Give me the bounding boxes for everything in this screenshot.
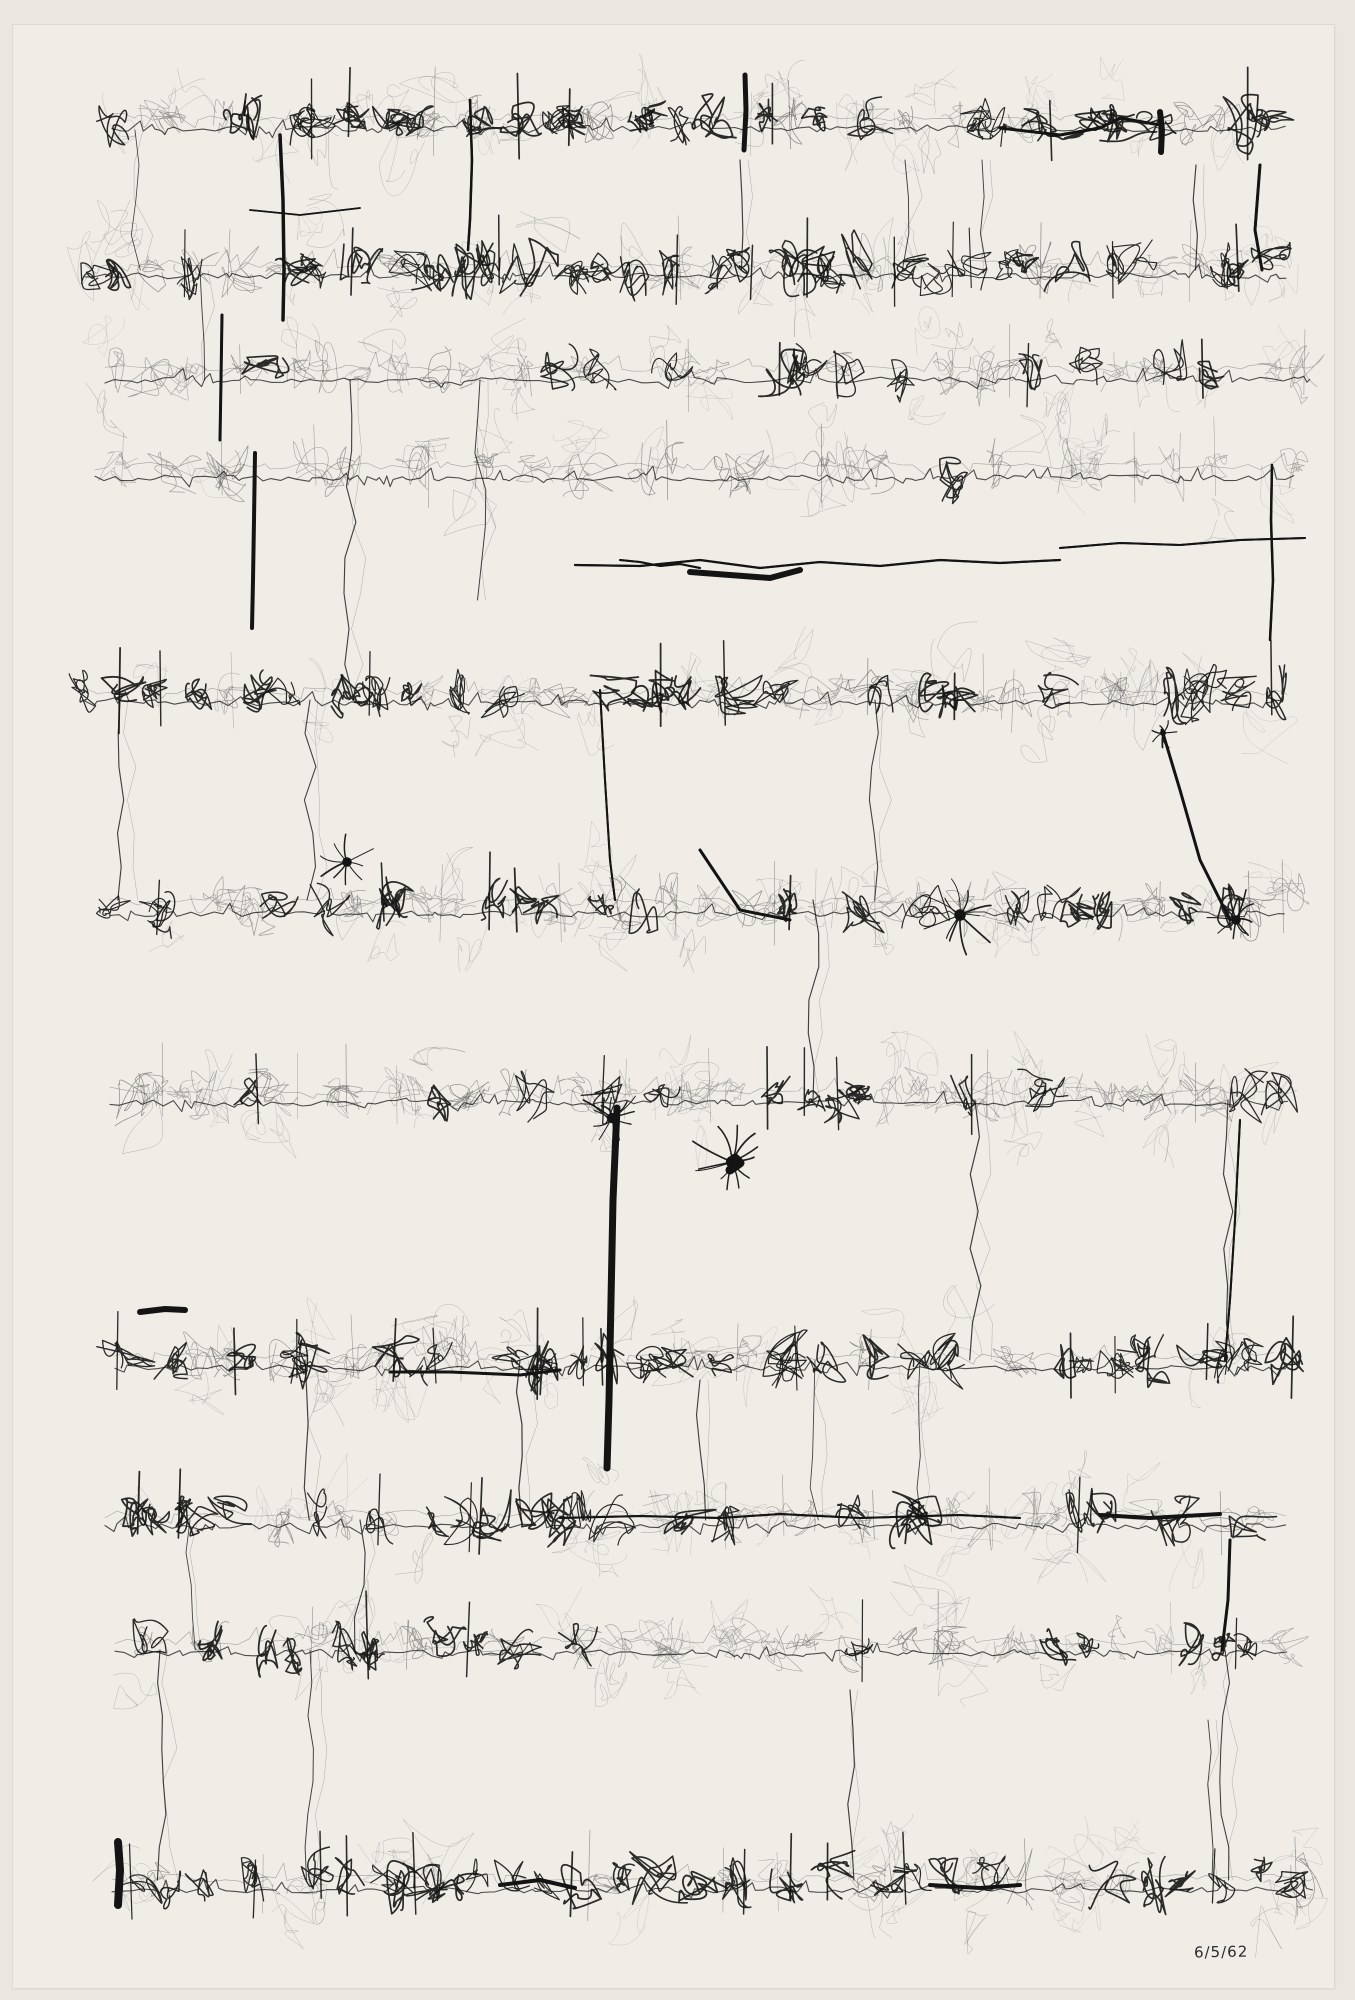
ink-drawing xyxy=(0,0,1355,2000)
ink-bursts xyxy=(321,721,1254,1190)
date-inscription: 6/5/62 xyxy=(1194,1943,1249,1962)
faint-scribble-layer xyxy=(67,54,1328,1958)
vertical-connectors xyxy=(118,130,1233,1880)
